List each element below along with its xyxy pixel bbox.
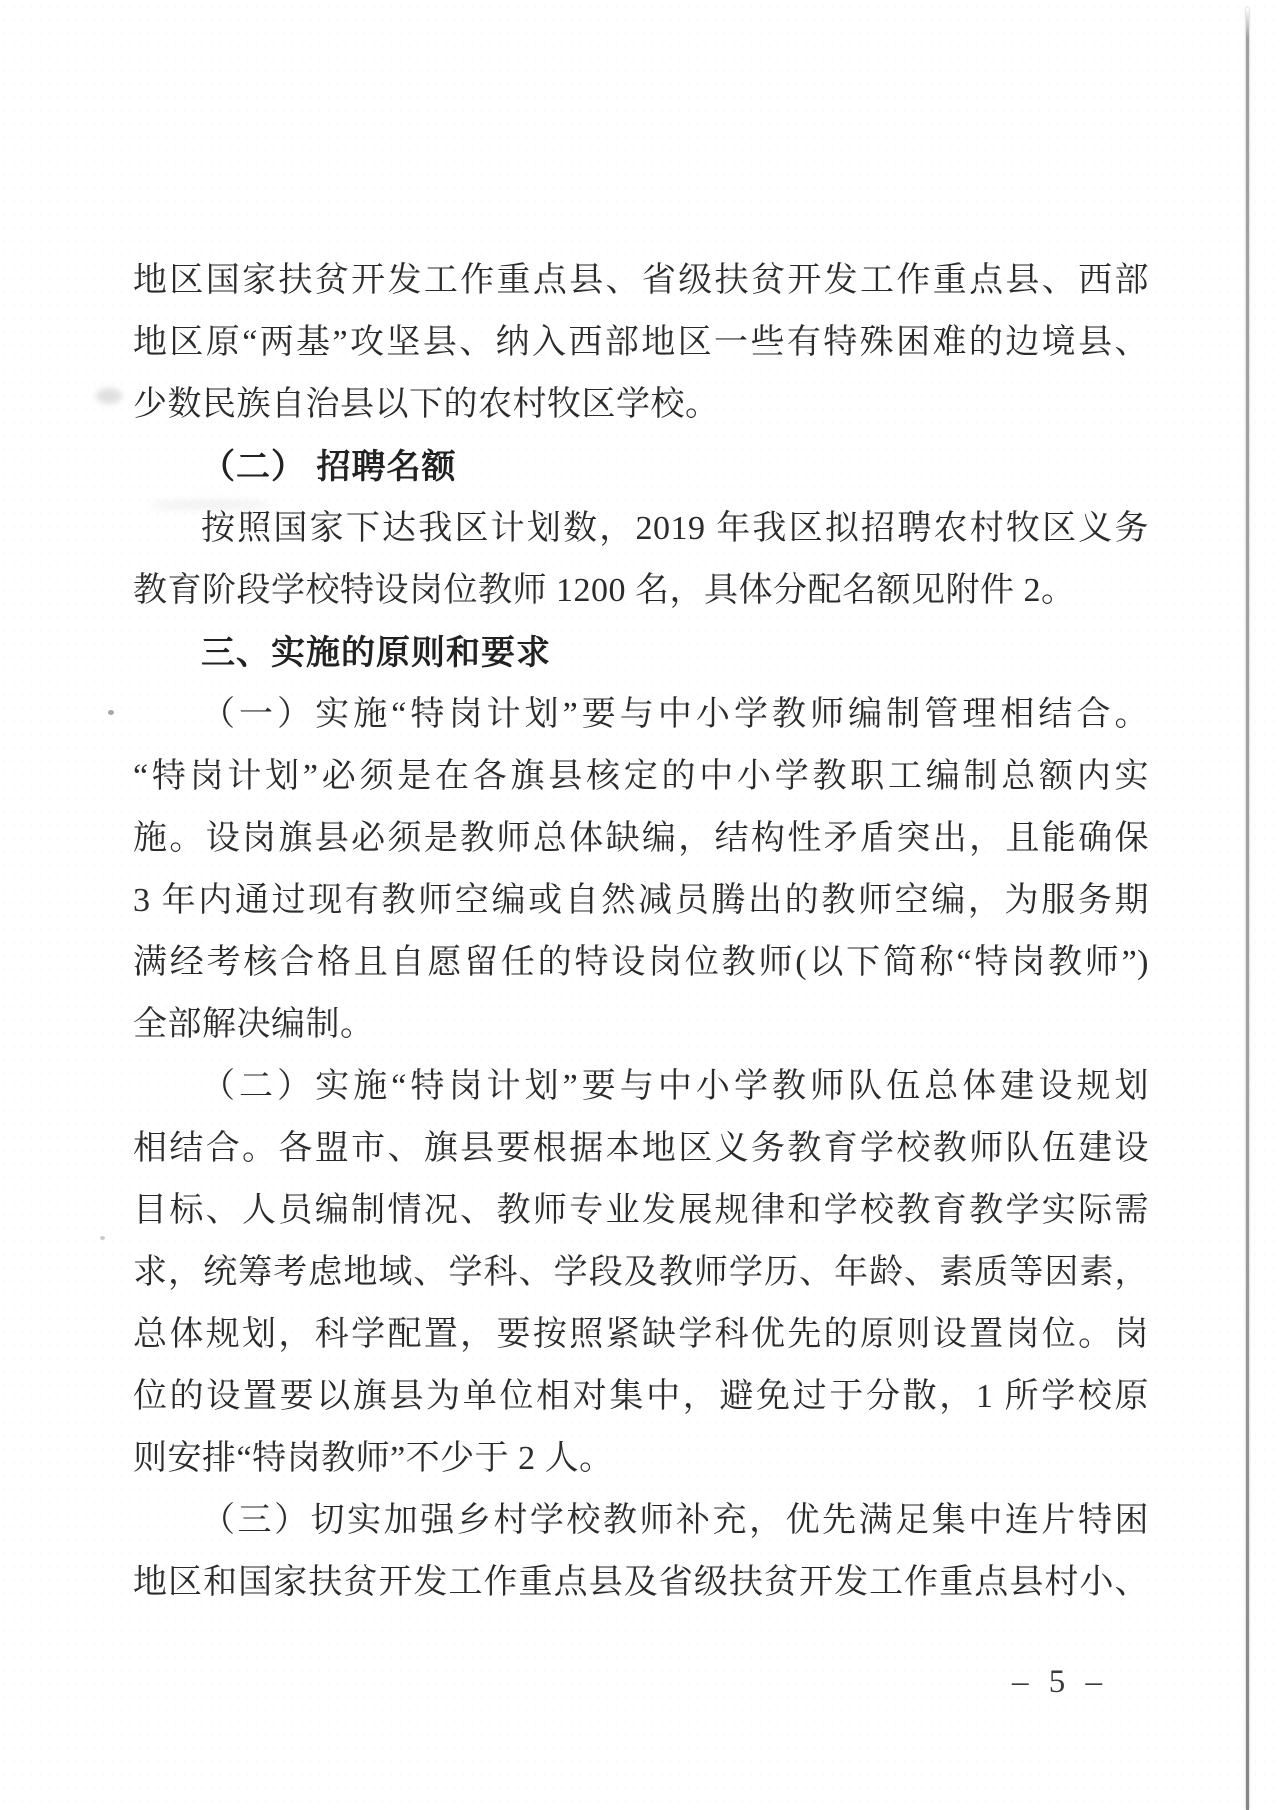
body-line: 目标、人员编制情况、教师专业发展规律和学校教育教学实际需 [133, 1180, 1149, 1242]
body-line: （一）实施“特岗计划”要与中小学教师编制管理相结合。 [133, 684, 1149, 746]
body-line: 地区和国家扶贫开发工作重点县及省级扶贫开发工作重点县村小、 [133, 1552, 1149, 1614]
document-text-block: 地区国家扶贫开发工作重点县、省级扶贫开发工作重点县、西部 地区原“两基”攻坚县、… [133, 250, 1149, 1614]
body-line: （二）实施“特岗计划”要与中小学教师队伍总体建设规划 [133, 1056, 1149, 1118]
body-line: 少数民族自治县以下的农村牧区学校。 [133, 374, 1149, 436]
body-line: 求，统筹考虑地域、学科、学段及教师学历、年龄、素质等因素， [133, 1242, 1149, 1304]
body-line: 教育阶段学校特设岗位教师 1200 名，具体分配名额见附件 2。 [133, 560, 1149, 622]
body-line: 地区国家扶贫开发工作重点县、省级扶贫开发工作重点县、西部 [133, 250, 1149, 312]
scanned-document-page: 地区国家扶贫开发工作重点县、省级扶贫开发工作重点县、西部 地区原“两基”攻坚县、… [0, 0, 1280, 1810]
body-line: 地区原“两基”攻坚县、纳入西部地区一些有特殊困难的边境县、 [133, 312, 1149, 374]
scan-smudge [96, 388, 122, 404]
scan-speck [100, 1236, 105, 1240]
body-line: 位的设置要以旗县为单位相对集中，避免过于分散，1 所学校原 [133, 1366, 1149, 1428]
scan-speck [108, 710, 114, 715]
body-line: 相结合。各盟市、旗县要根据本地区义务教育学校教师队伍建设 [133, 1118, 1149, 1180]
heading-recruitment-quota: （二） 招聘名额 [133, 436, 1149, 498]
body-line: 全部解决编制。 [133, 994, 1149, 1056]
heading-principles-requirements: 三、实施的原则和要求 [133, 622, 1149, 684]
body-line: “特岗计划”必须是在各旗县核定的中小学教职工编制总额内实 [133, 746, 1149, 808]
page-number: – 5 – [1012, 1664, 1108, 1701]
body-line: 3 年内通过现有教师空编或自然减员腾出的教师空编，为服务期 [133, 870, 1149, 932]
scan-edge-artifact-line [1246, 8, 1249, 1810]
body-line: （三）切实加强乡村学校教师补充，优先满足集中连片特困 [133, 1490, 1149, 1552]
body-line: 总体规划，科学配置，要按照紧缺学科优先的原则设置岗位。岗 [133, 1304, 1149, 1366]
body-line: 按照国家下达我区计划数，2019 年我区拟招聘农村牧区义务 [133, 498, 1149, 560]
body-line: 则安排“特岗教师”不少于 2 人。 [133, 1428, 1149, 1490]
body-line: 满经考核合格且自愿留任的特设岗位教师(以下简称“特岗教师”) [133, 932, 1149, 994]
body-line: 施。设岗旗县必须是教师总体缺编，结构性矛盾突出，且能确保 [133, 808, 1149, 870]
